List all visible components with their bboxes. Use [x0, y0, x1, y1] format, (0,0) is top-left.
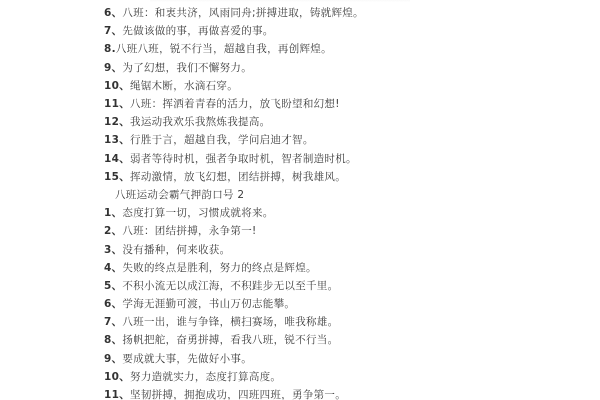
list-item: 9、为了幻想，我们不懈努力。 — [104, 62, 252, 74]
item-text: 八班八班，锐不行当，超越自我，再创辉煌。 — [116, 43, 332, 55]
item-number: 10、 — [104, 371, 130, 383]
item-text: 学海无涯勤可渡，书山万仞志能攀。 — [122, 298, 295, 310]
list-item: 9、要成就大事，先做好小事。 — [104, 353, 252, 365]
item-number: 1、 — [104, 207, 122, 219]
item-number: 7、 — [104, 316, 122, 328]
item-text: 八班：挥洒着青春的活力，放飞盼望和幻想! — [130, 98, 340, 110]
item-number: 12、 — [104, 116, 130, 128]
item-number: 8. — [104, 43, 116, 55]
list-item: 2、八班：团结拼搏，永争第一! — [104, 225, 257, 237]
cut-off-line-fragment — [150, 0, 410, 2]
item-text: 八班：团结拼搏，永争第一! — [122, 225, 256, 237]
item-number: 10、 — [104, 80, 130, 92]
item-text: 态度打算一切，习惯成就将来。 — [122, 207, 273, 219]
item-number: 14、 — [104, 153, 130, 165]
item-text: 努力造就实力，态度打算高度。 — [130, 371, 281, 383]
item-text: 要成就大事，先做好小事。 — [122, 353, 252, 365]
item-number: 8、 — [104, 334, 122, 346]
list-item: 10、绳锯木断，水滴石穿。 — [104, 80, 238, 92]
item-number: 4、 — [104, 262, 122, 274]
item-number: 6、 — [104, 298, 122, 310]
list-item: 10、努力造就实力，态度打算高度。 — [104, 371, 281, 383]
list-item: 8、扬帆把舵，奋勇拼搏，看我八班，锐不行当。 — [104, 334, 338, 346]
item-number: 11、 — [104, 389, 130, 400]
item-number: 15、 — [104, 171, 130, 183]
item-text: 失败的终点是胜利，努力的终点是辉煌。 — [122, 262, 316, 274]
item-number: 6、 — [104, 7, 122, 19]
item-number: 2、 — [104, 225, 122, 237]
list-item: 11、八班：挥洒着青春的活力，放飞盼望和幻想! — [104, 98, 340, 110]
list-item: 7、先做该做的事，再做喜爱的事。 — [104, 25, 274, 37]
item-number: 13、 — [104, 134, 130, 146]
document-page: 6、八班：和衷共济，风雨同舟;拼搏进取，铸就辉煌。 7、先做该做的事，再做喜爱的… — [0, 0, 600, 400]
list-item: 14、弱者等待时机，强者争取时机，智者制造时机。 — [104, 153, 357, 165]
list-item: 11、坚韧拼搏，拥抱成功，四班四班，勇争第一。 — [104, 389, 346, 400]
item-text: 扬帆把舵，奋勇拼搏，看我八班，锐不行当。 — [122, 334, 338, 346]
list-item: 8.八班八班，锐不行当，超越自我，再创辉煌。 — [104, 43, 332, 55]
list-item: 12、我运动我欢乐我熬炼我提高。 — [104, 116, 270, 128]
list-item: 7、八班一出，谁与争锋，横扫赛场，唯我称雄。 — [104, 316, 338, 328]
list-item: 6、八班：和衷共济，风雨同舟;拼搏进取，铸就辉煌。 — [104, 7, 364, 19]
list-item: 15、挥动激情，放飞幻想，团结拼搏，树我雄风。 — [104, 171, 346, 183]
item-number: 3、 — [104, 244, 122, 256]
list-item: 13、行胜于言，超越自我，学问启迪才智。 — [104, 134, 314, 146]
item-text: 八班一出，谁与争锋，横扫赛场，唯我称雄。 — [122, 316, 338, 328]
item-text: 我运动我欢乐我熬炼我提高。 — [130, 116, 270, 128]
item-number: 9、 — [104, 62, 122, 74]
item-text: 不积小流无以成江海，不积跬步无以至千里。 — [122, 280, 338, 292]
list-item: 1、态度打算一切，习惯成就将来。 — [104, 207, 274, 219]
list-item: 6、学海无涯勤可渡，书山万仞志能攀。 — [104, 298, 295, 310]
item-text: 行胜于言，超越自我，学问启迪才智。 — [130, 134, 314, 146]
item-number: 9、 — [104, 353, 122, 365]
section-heading: 八班运动会霸气押韵口号 2 — [115, 189, 244, 201]
item-text: 八班：和衷共济，风雨同舟;拼搏进取，铸就辉煌。 — [122, 7, 363, 19]
item-text: 弱者等待时机，强者争取时机，智者制造时机。 — [130, 153, 357, 165]
item-text: 挥动激情，放飞幻想，团结拼搏，树我雄风。 — [130, 171, 346, 183]
list-item: 5、不积小流无以成江海，不积跬步无以至千里。 — [104, 280, 338, 292]
item-number: 5、 — [104, 280, 122, 292]
list-item: 3、没有播种，何来收获。 — [104, 244, 230, 256]
item-text: 先做该做的事，再做喜爱的事。 — [122, 25, 273, 37]
item-number: 11、 — [104, 98, 130, 110]
item-text: 为了幻想，我们不懈努力。 — [122, 62, 252, 74]
list-item: 4、失败的终点是胜利，努力的终点是辉煌。 — [104, 262, 317, 274]
item-text: 坚韧拼搏，拥抱成功，四班四班，勇争第一。 — [130, 389, 346, 400]
item-text: 没有播种，何来收获。 — [122, 244, 230, 256]
item-number: 7、 — [104, 25, 122, 37]
item-text: 绳锯木断，水滴石穿。 — [130, 80, 238, 92]
